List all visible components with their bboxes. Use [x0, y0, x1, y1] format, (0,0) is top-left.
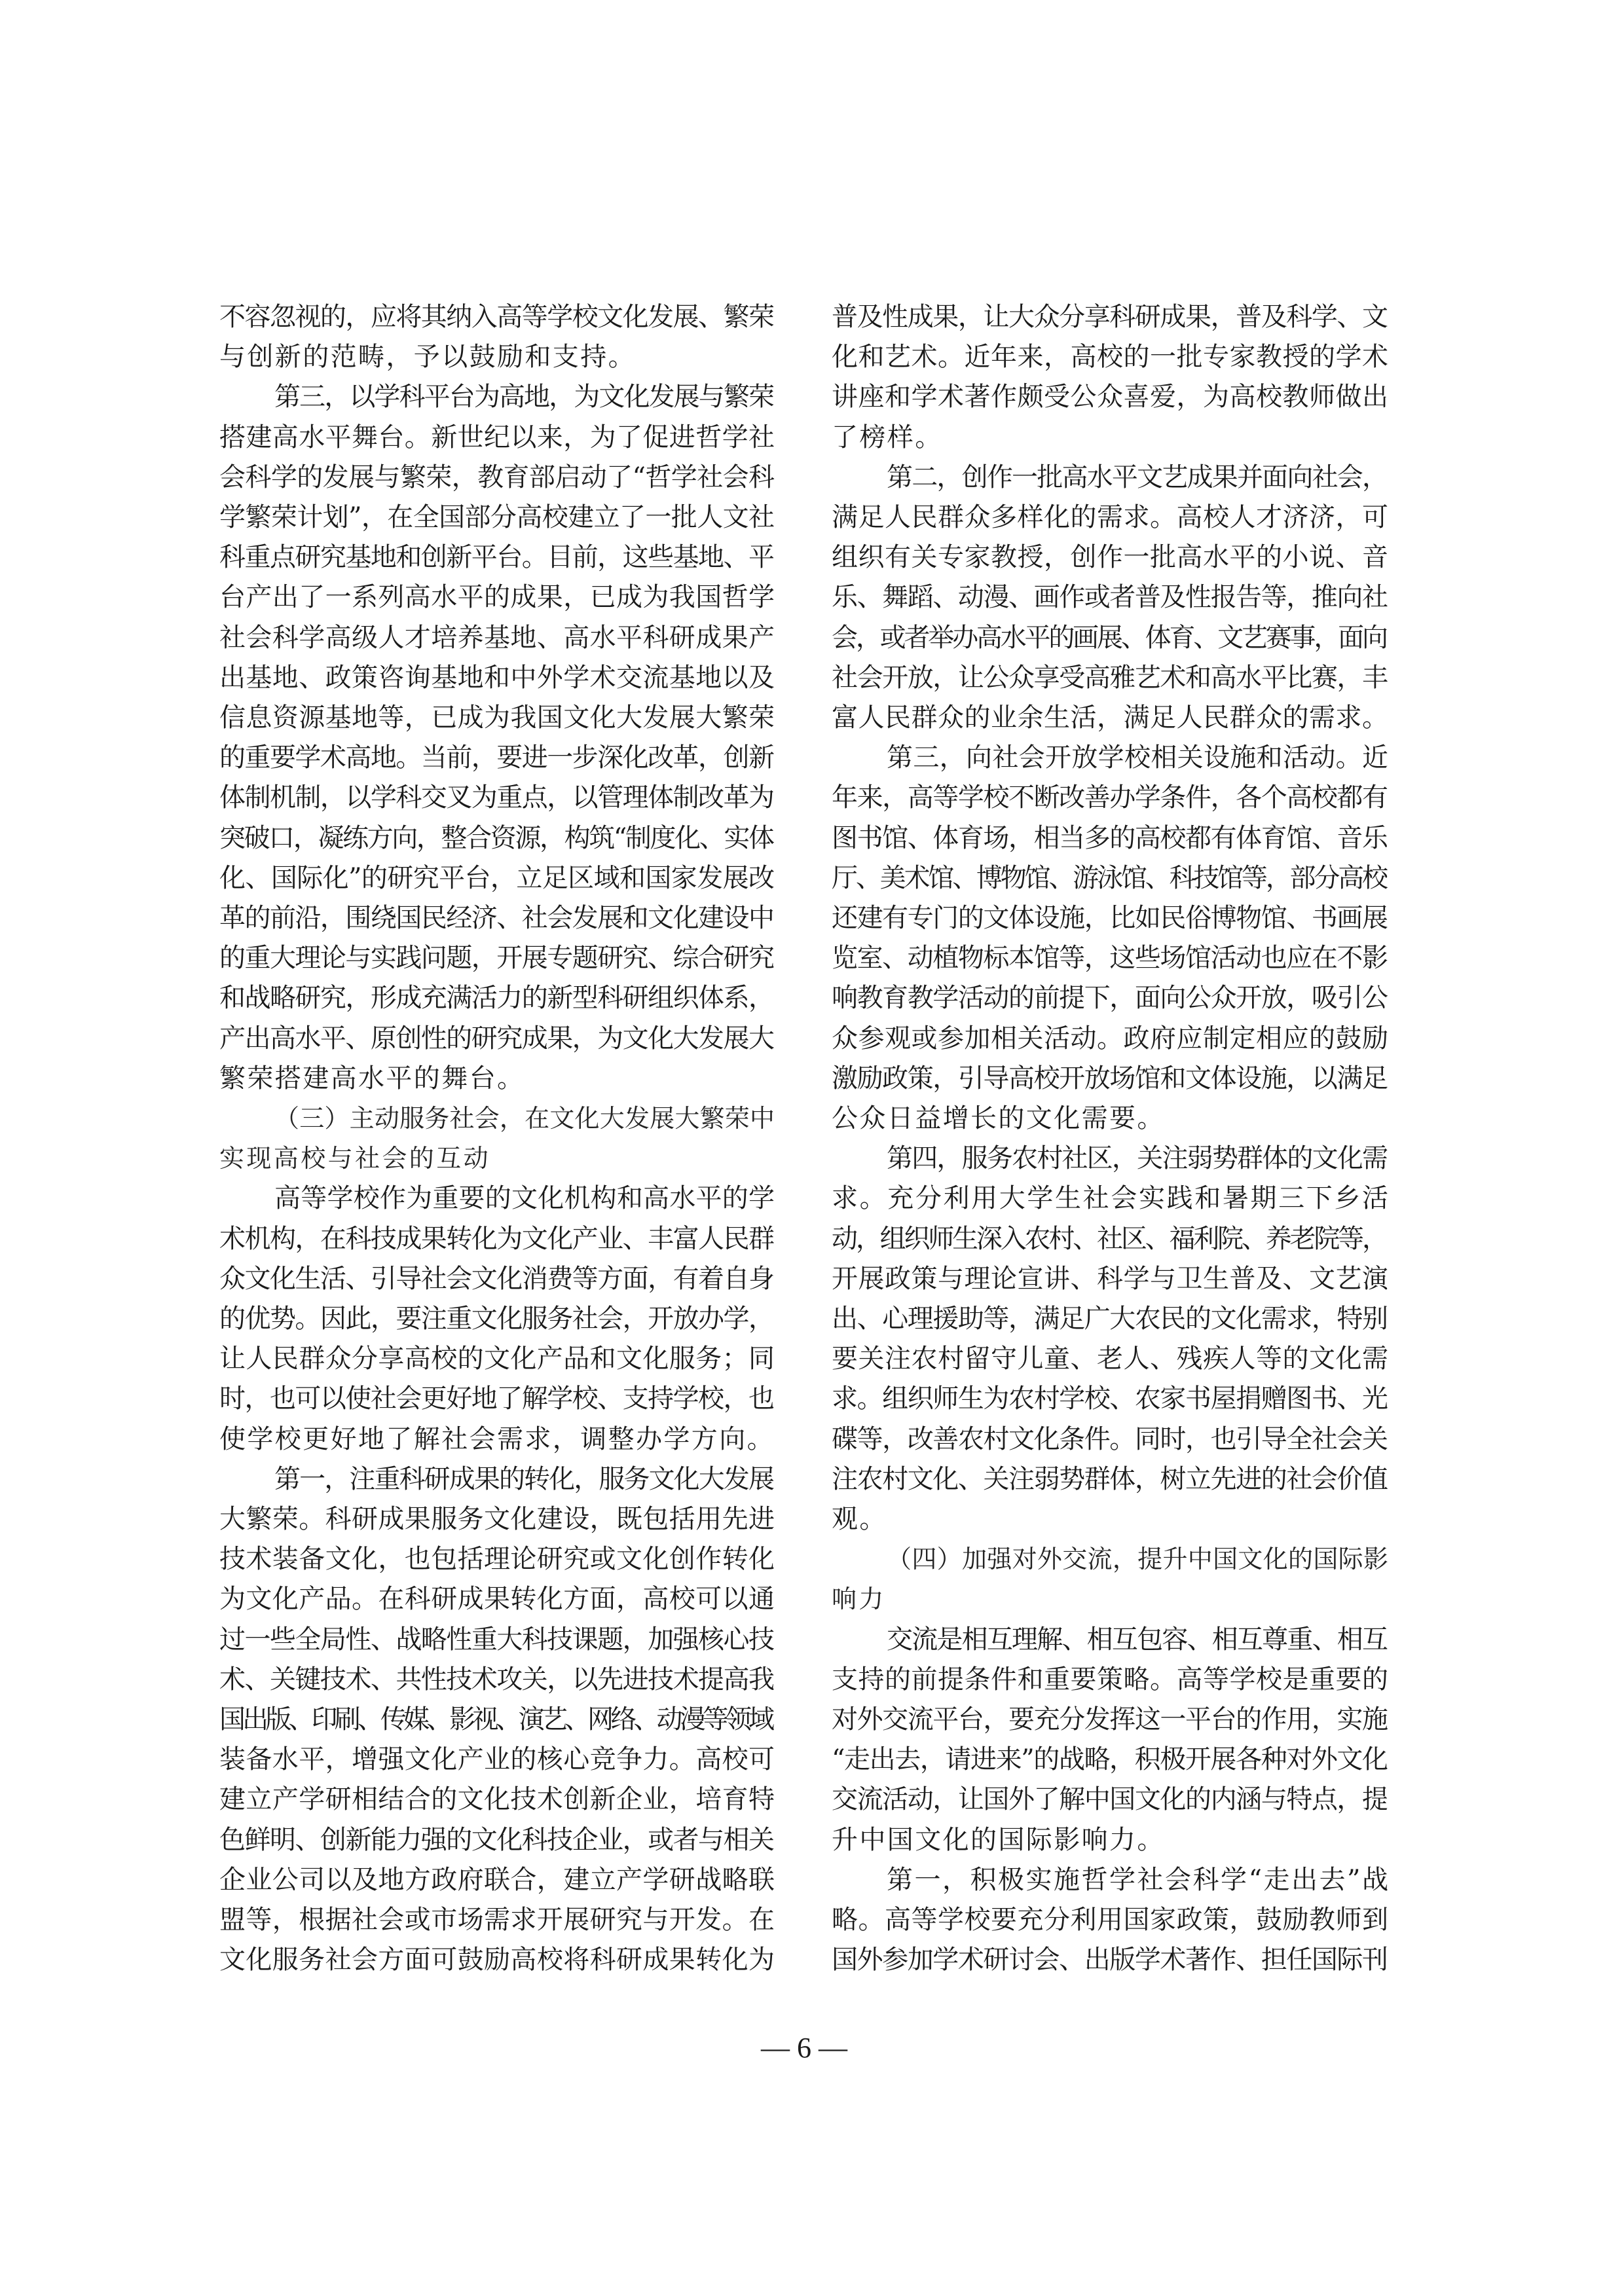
paragraph-line: 文化服务社会方面可鼓励高校将科研成果转化为: [219, 1943, 775, 1977]
paragraph-line: 观。: [832, 1502, 1388, 1536]
paragraph-line: 革的前沿，围绕国民经济、社会发展和文化建设中: [219, 901, 775, 935]
paragraph-line: 求。充分利用大学生社会实践和暑期三下乡活: [832, 1181, 1388, 1215]
paragraph-line: 让人民群众分享高校的文化产品和文化服务；同: [219, 1342, 775, 1376]
paragraph-line: 第一，积极实施哲学社会科学“走出去”战: [832, 1863, 1388, 1897]
paragraph-line: 的优势。因此，要注重文化服务社会，开放办学，: [219, 1302, 775, 1336]
paragraph-line: 开展政策与理论宣讲、科学与卫生普及、文艺演: [832, 1262, 1388, 1296]
paragraph-line: 第三，以学科平台为高地，为文化发展与繁荣: [219, 380, 775, 414]
paragraph-line: 建立产学研相结合的文化技术创新企业，培育特: [219, 1782, 775, 1816]
paragraph-line: 时，也可以使社会更好地了解学校、支持学校，也: [219, 1382, 775, 1416]
paragraph-line: 为文化产品。在科研成果转化方面，高校可以通: [219, 1582, 775, 1616]
paragraph-line: 对外交流平台，要充分发挥这一平台的作用，实施: [832, 1702, 1388, 1736]
paragraph-line: 升中国文化的国际影响力。: [832, 1823, 1388, 1857]
paragraph-line: 盟等，根据社会或市场需求开展研究与开发。在: [219, 1903, 775, 1937]
paragraph-line: 使学校更好地了解社会需求，调整办学方向。: [219, 1422, 775, 1456]
paragraph-line: 繁荣搭建高水平的舞台。: [219, 1061, 775, 1095]
paragraph-line: 台产出了一系列高水平的成果，已成为我国哲学: [219, 580, 775, 614]
paragraph-line: 略。高等学校要充分利用国家政策，鼓励教师到: [832, 1903, 1388, 1937]
paragraph-line: 动，组织师生深入农村、社区、福利院、养老院等，: [832, 1222, 1388, 1256]
paragraph-line: 社会科学高级人才培养基地、高水平科研成果产: [219, 621, 775, 655]
paragraph-line: 会，或者举办高水平的画展、体育、文艺赛事，面向: [832, 621, 1388, 655]
paragraph-line: 第四，服务农村社区，关注弱势群体的文化需: [832, 1141, 1388, 1175]
paragraph-line: 产出高水平、原创性的研究成果，为文化大发展大: [219, 1021, 775, 1056]
paragraph-line: 第二，创作一批高水平文艺成果并面向社会，: [832, 460, 1388, 494]
paragraph-line: 乐、舞蹈、动漫、画作或者普及性报告等，推向社: [832, 580, 1388, 614]
paragraph-line: 览室、动植物标本馆等，这些场馆活动也应在不影: [832, 941, 1388, 975]
paragraph-line: 社会开放，让公众享受高雅艺术和高水平比赛，丰: [832, 661, 1388, 695]
paragraph-line: 支持的前提条件和重要策略。高等学校是重要的: [832, 1662, 1388, 1697]
paragraph-line: 的重大理论与实践问题，开展专题研究、综合研究: [219, 941, 775, 975]
paragraph-line: 交流是相互理解、相互包容、相互尊重、相互: [832, 1623, 1388, 1657]
paragraph-line: 学繁荣计划”，在全国部分高校建立了一批人文社: [219, 500, 775, 534]
page-number: — 6 —: [739, 2030, 870, 2066]
paragraph-line: 体制机制，以学科交叉为重点，以管理体制改革为: [219, 780, 775, 815]
paragraph-line: 满足人民群众多样化的需求。高校人才济济，可: [832, 500, 1388, 534]
paragraph-line: 大繁荣。科研成果服务文化建设，既包括用先进: [219, 1502, 775, 1536]
section-heading-line: （四）加强对外交流，提升中国文化的国际影: [832, 1542, 1388, 1576]
paragraph-line: 众文化生活、引导社会文化消费等方面，有着自身: [219, 1262, 775, 1296]
paragraph-line: 会科学的发展与繁荣，教育部启动了“哲学社会科: [219, 460, 775, 494]
paragraph-line: 化、国际化”的研究平台，立足区域和国家发展改: [219, 861, 775, 895]
paragraph-line: 第一，注重科研成果的转化，服务文化大发展: [219, 1462, 775, 1496]
paragraph-line: 响教育教学活动的前提下，面向公众开放，吸引公: [832, 981, 1388, 1015]
section-heading-line: （三）主动服务社会，在文化大发展大繁荣中: [219, 1101, 775, 1135]
paragraph-line: 企业公司以及地方政府联合，建立产学研战略联: [219, 1863, 775, 1897]
paragraph-line: 求。组织师生为农村学校、农家书屋捐赠图书、光: [832, 1382, 1388, 1416]
paragraph-line: 过一些全局性、战略性重大科技课题，加强核心技: [219, 1623, 775, 1657]
paragraph-line: 普及性成果，让大众分享科研成果，普及科学、文: [832, 300, 1388, 334]
paragraph-line: 组织有关专家教授，创作一批高水平的小说、音: [832, 540, 1388, 574]
paragraph-line: 公众日益增长的文化需要。: [832, 1101, 1388, 1135]
paragraph-line: 术、关键技术、共性技术攻关，以先进技术提高我: [219, 1662, 775, 1697]
paragraph-line: 高等学校作为重要的文化机构和高水平的学: [219, 1181, 775, 1215]
paragraph-line: 要关注农村留守儿童、老人、残疾人等的文化需: [832, 1342, 1388, 1376]
paragraph-line: 技术装备文化，也包括理论研究或文化创作转化: [219, 1542, 775, 1576]
paragraph-line: 注农村文化、关注弱势群体，树立先进的社会价值: [832, 1462, 1388, 1496]
paragraph-line: 国出版、印刷、传媒、影视、演艺、网络、动漫等领域: [219, 1702, 775, 1736]
paragraph-line: 突破口，凝练方向，整合资源，构筑“制度化、实体: [219, 821, 775, 855]
paragraph-line: 搭建高水平舞台。新世纪以来，为了促进哲学社: [219, 420, 775, 454]
paragraph-line: 众参观或参加相关活动。政府应制定相应的鼓励: [832, 1021, 1388, 1056]
paragraph-line: 图书馆、体育场，相当多的高校都有体育馆、音乐: [832, 821, 1388, 855]
paragraph-line: 出、心理援助等，满足广大农民的文化需求，特别: [832, 1302, 1388, 1336]
paragraph-line: 厅、美术馆、博物馆、游泳馆、科技馆等，部分高校: [832, 861, 1388, 895]
paragraph-line: 与创新的范畴，予以鼓励和支持。: [219, 340, 775, 374]
paragraph-line: 激励政策，引导高校开放场馆和文体设施，以满足: [832, 1061, 1388, 1095]
paragraph-line: 年来，高等学校不断改善办学条件，各个高校都有: [832, 780, 1388, 815]
paragraph-line: 装备水平，增强文化产业的核心竞争力。高校可: [219, 1742, 775, 1776]
paragraph-line: 出基地、政策咨询基地和中外学术交流基地以及: [219, 661, 775, 695]
paragraph-line: “走出去，请进来”的战略，积极开展各种对外文化: [832, 1742, 1388, 1776]
paragraph-line: 不容忽视的，应将其纳入高等学校文化发展、繁荣: [219, 300, 775, 334]
section-heading-line: 响力: [832, 1582, 1388, 1616]
paragraph-line: 还建有专门的文体设施，比如民俗博物馆、书画展: [832, 901, 1388, 935]
paragraph-line: 交流活动，让国外了解中国文化的内涵与特点，提: [832, 1782, 1388, 1816]
paragraph-line: 国外参加学术研讨会、出版学术著作、担任国际刊: [832, 1943, 1388, 1977]
paragraph-line: 科重点研究基地和创新平台。目前，这些基地、平: [219, 540, 775, 574]
section-heading-line: 实现高校与社会的互动: [219, 1141, 775, 1175]
document-page: 不容忽视的，应将其纳入高等学校文化发展、繁荣与创新的范畴，予以鼓励和支持。第三，…: [0, 0, 1624, 2295]
paragraph-line: 富人民群众的业余生活，满足人民群众的需求。: [832, 701, 1388, 735]
paragraph-line: 讲座和学术著作颇受公众喜爱，为高校教师做出: [832, 380, 1388, 414]
paragraph-line: 的重要学术高地。当前，要进一步深化改革，创新: [219, 741, 775, 775]
paragraph-line: 了榜样。: [832, 420, 1388, 454]
paragraph-line: 和战略研究，形成充满活力的新型科研组织体系，: [219, 981, 775, 1015]
paragraph-line: 术机构，在科技成果转化为文化产业、丰富人民群: [219, 1222, 775, 1256]
paragraph-line: 碟等，改善农村文化条件。同时，也引导全社会关: [832, 1422, 1388, 1456]
paragraph-line: 信息资源基地等，已成为我国文化大发展大繁荣: [219, 701, 775, 735]
paragraph-line: 色鲜明、创新能力强的文化科技企业，或者与相关: [219, 1823, 775, 1857]
paragraph-line: 第三，向社会开放学校相关设施和活动。近: [832, 741, 1388, 775]
paragraph-line: 化和艺术。近年来，高校的一批专家教授的学术: [832, 340, 1388, 374]
